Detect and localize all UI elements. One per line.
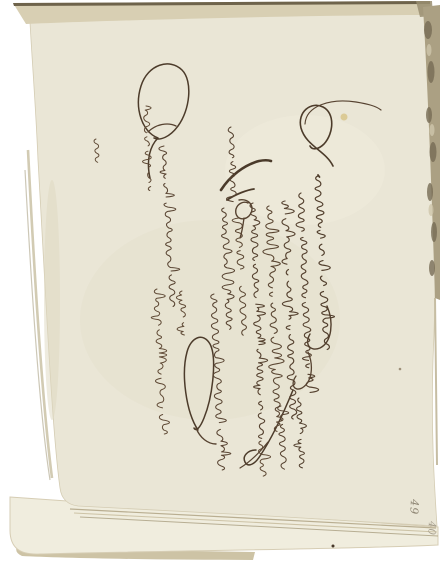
ink-speck-underleaf xyxy=(332,545,335,548)
manuscript-photo-canvas: 49 40 xyxy=(0,0,440,562)
page-shading xyxy=(80,220,340,420)
paper-stain-spot xyxy=(341,114,348,121)
edge-smudge xyxy=(44,180,60,420)
manuscript-photo: 49 40 xyxy=(0,0,440,562)
folio-number: 49 xyxy=(407,498,421,516)
ink-speck xyxy=(399,368,402,371)
folio-number-underleaf: 40 xyxy=(425,520,437,536)
page-highlight xyxy=(225,115,385,225)
